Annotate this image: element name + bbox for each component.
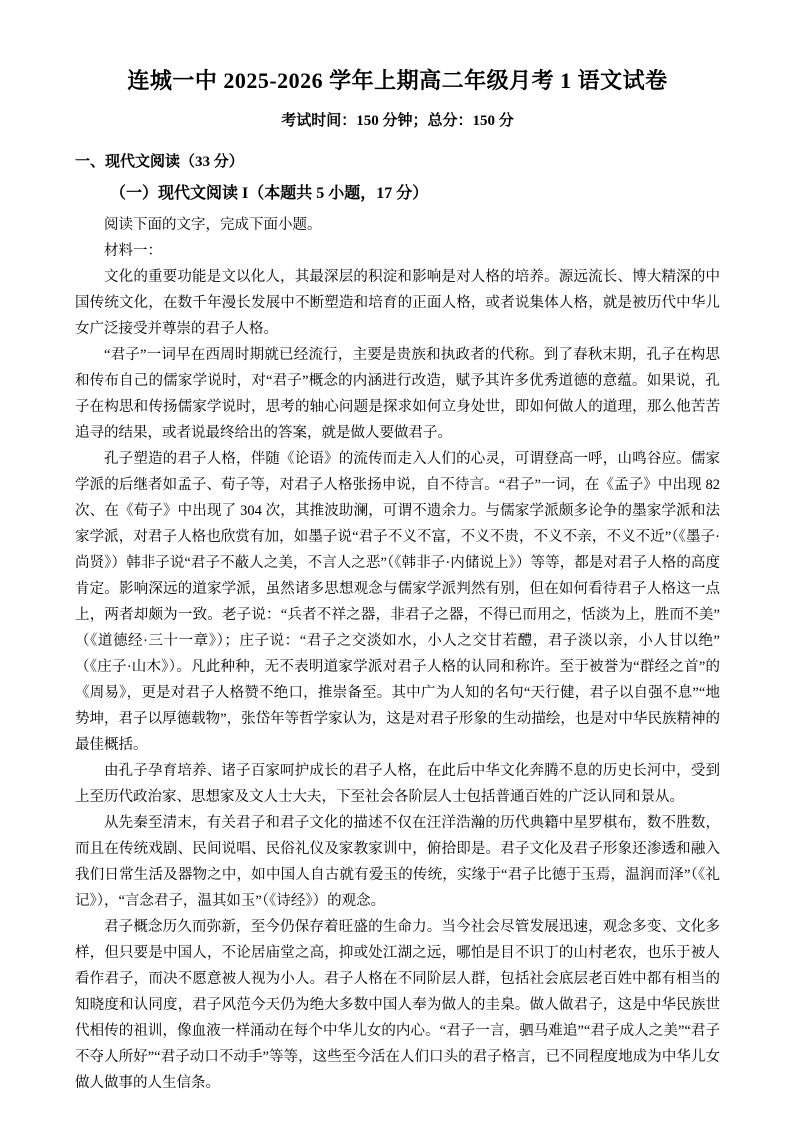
paragraph-3: 孔子塑造的君子人格，伴随《论语》的流传而走入人们的心灵，可谓登高一呼，山鸣谷应。… <box>75 446 720 758</box>
section-heading-modern-reading: 一、现代文阅读（33 分） <box>75 151 720 173</box>
instruction-text: 阅读下面的文字，完成下面小题。 <box>75 212 720 238</box>
material-label: 材料一： <box>75 238 720 264</box>
exam-info: 考试时间：150 分钟；总分：150 分 <box>75 111 720 131</box>
paragraph-1: 文化的重要功能是文以化人，其最深层的积淀和影响是对人格的培养。源远流长、博大精深… <box>75 264 720 342</box>
paragraph-4: 由孔子孕育培养、诸子百家呵护成长的君子人格，在此后中华文化奔腾不息的历史长河中，… <box>75 758 720 810</box>
reading-passage: 阅读下面的文字，完成下面小题。 材料一： 文化的重要功能是文以化人，其最深层的积… <box>75 212 720 1096</box>
paragraph-2: “君子”一词早在西周时期就已经流行，主要是贵族和执政者的代称。到了春秋末期，孔子… <box>75 342 720 446</box>
paragraph-5: 从先秦至清末，有关君子和君子文化的描述不仅在汪洋浩瀚的历代典籍中星罗棋布，数不胜… <box>75 810 720 914</box>
paragraph-6: 君子概念历久而弥新，至今仍保存着旺盛的生命力。当今社会尽管发展迅速，观念多变、文… <box>75 914 720 1096</box>
page-title: 连城一中 2025-2026 学年上期高二年级月考 1 语文试卷 <box>75 66 720 96</box>
subsection-heading-modern-reading-1: （一）现代文阅读 I（本题共 5 小题，17 分） <box>110 182 720 206</box>
exam-paper-page: 连城一中 2025-2026 学年上期高二年级月考 1 语文试卷 考试时间：15… <box>0 0 793 1122</box>
